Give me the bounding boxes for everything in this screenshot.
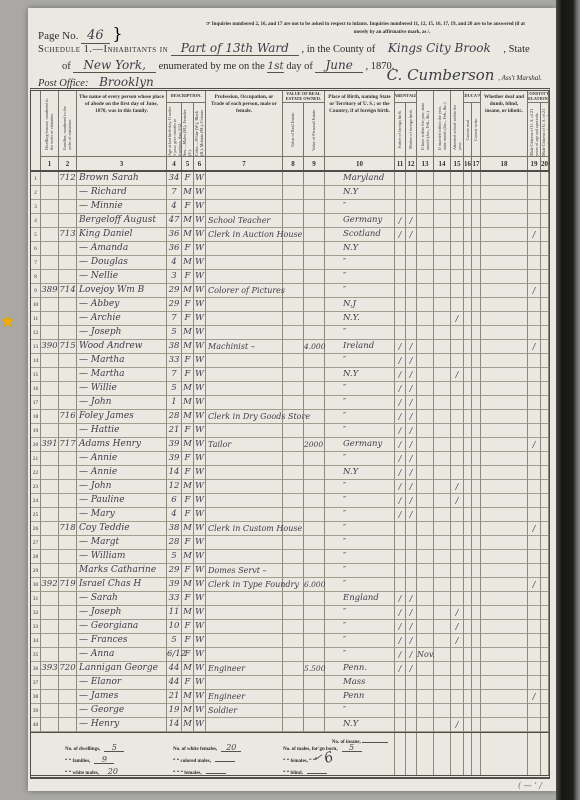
cell-month-married	[434, 340, 451, 354]
cell-real-estate	[283, 522, 304, 536]
cell-dwelling-number: 392	[41, 578, 59, 592]
cell-month-married	[434, 284, 451, 298]
cell-occupation: Engineer	[206, 662, 283, 676]
cell-vote-denied	[541, 396, 549, 410]
cell-name: — Minnie	[77, 200, 167, 214]
cell-vote-denied	[541, 536, 549, 550]
cell-name: Bergeloff August	[77, 214, 167, 228]
cell-disability	[481, 410, 528, 424]
cell-sex: M	[182, 718, 194, 732]
cell-dwelling-number	[41, 676, 59, 690]
table-row: 15 — Martha 7 F W N.Y / / /	[31, 368, 549, 382]
note-line-1: Inquiries numbered 2, 16, and 17 are not…	[212, 22, 525, 27]
cell-month-married	[434, 438, 451, 452]
column-header-12: Mother of foreign birth.	[406, 103, 417, 157]
cell-disability	[481, 606, 528, 620]
cell-cannot-read	[464, 410, 472, 424]
cell-personal-estate	[304, 382, 325, 396]
cell-age: 21	[167, 424, 182, 438]
cell-month-married	[434, 466, 451, 480]
cell-cannot-read	[464, 270, 472, 284]
cell-family-number: 713	[59, 228, 77, 242]
cell-attended-school	[451, 564, 464, 578]
cell-male-citizen	[528, 200, 541, 214]
cell-family-number	[59, 466, 77, 480]
cell-dwelling-number: 390	[41, 340, 59, 354]
table-row: 20 391 717 Adams Henry 39 M W Tailor 200…	[31, 438, 549, 452]
cell-cannot-write	[472, 312, 481, 326]
cell-family-number	[59, 200, 77, 214]
cell-male-citizen	[528, 536, 541, 550]
cell-disability	[481, 312, 528, 326]
cell-month-born	[417, 494, 434, 508]
cell-vote-denied	[541, 368, 549, 382]
cell-age: 44	[167, 676, 182, 690]
marshal-signature: C. Cumberson , Ass't Marshal.	[387, 66, 542, 85]
column-group: Parentage.	[395, 91, 417, 103]
cell-real-estate	[283, 228, 304, 242]
state-label: , State	[503, 44, 529, 55]
cell-color: W	[194, 536, 206, 550]
table-row: 33 — Georgiana 10 F W ″ / / /	[31, 620, 549, 634]
cell-name: — Elanor	[77, 676, 167, 690]
row-number: 8	[31, 270, 41, 284]
cell-name: King Daniel	[77, 228, 167, 242]
cell-age: 7	[167, 186, 182, 200]
cell-personal-estate	[304, 564, 325, 578]
cell-attended-school	[451, 256, 464, 270]
cell-male-citizen: /	[528, 284, 541, 298]
cell-male-citizen	[528, 480, 541, 494]
cell-month-married	[434, 396, 451, 410]
cell-vote-denied	[541, 494, 549, 508]
cell-mother-foreign: /	[406, 340, 417, 354]
table-row: 7 — Douglas 4 M W ″	[31, 256, 549, 270]
cell-cannot-read	[464, 592, 472, 606]
cell-name: — Annie	[77, 452, 167, 466]
cell-male-citizen	[528, 704, 541, 718]
cell-disability	[481, 550, 528, 564]
cell-age: 4	[167, 256, 182, 270]
cell-cannot-write	[472, 340, 481, 354]
cell-father-foreign: /	[395, 382, 406, 396]
cell-dwelling-number: 391	[41, 438, 59, 452]
cell-vote-denied	[541, 186, 549, 200]
cell-occupation	[206, 494, 283, 508]
cell-birthplace: ″	[325, 382, 395, 396]
cell-personal-estate	[304, 270, 325, 284]
cell-family-number	[59, 676, 77, 690]
table-row: 23 — John 12 M W ″ / / /	[31, 480, 549, 494]
month-value: June	[315, 58, 362, 73]
cell-father-foreign	[395, 242, 406, 256]
cell-real-estate	[283, 200, 304, 214]
column-number-16: 16	[464, 157, 472, 170]
cell-name: — Hattie	[77, 424, 167, 438]
table-row: 19 — Hattie 21 F W ″ / /	[31, 424, 549, 438]
cell-occupation	[206, 270, 283, 284]
cell-mother-foreign	[406, 690, 417, 704]
cell-dwelling-number	[41, 508, 59, 522]
cell-month-born	[417, 340, 434, 354]
cell-cannot-read	[464, 480, 472, 494]
column-header-8: Value of Real Estate.	[283, 103, 304, 157]
column-header-6: Color.—White (W.), Black (B.), Mulatto (…	[194, 103, 206, 157]
cell-color: W	[194, 578, 206, 592]
cell-occupation: Machinist –	[206, 340, 283, 354]
cell-color: W	[194, 312, 206, 326]
cell-father-foreign	[395, 256, 406, 270]
cell-vote-denied	[541, 382, 549, 396]
cell-birthplace: ″	[325, 634, 395, 648]
row-number: 36	[31, 662, 41, 676]
cell-dwelling-number	[41, 648, 59, 662]
cell-real-estate	[283, 354, 304, 368]
footer-empty-cell	[434, 733, 451, 775]
cell-birthplace: ″	[325, 578, 395, 592]
table-footer: No. of dwellings, 5 No. of white females…	[31, 732, 549, 778]
cell-father-foreign	[395, 312, 406, 326]
row-number: 1	[31, 172, 41, 186]
cell-birthplace: ″	[325, 620, 395, 634]
cell-sex: M	[182, 578, 194, 592]
cell-family-number	[59, 480, 77, 494]
column-header-2: Families, numbered in the order of visit…	[59, 91, 77, 157]
table-head: Description.Value of Real Estate owned.P…	[31, 91, 549, 172]
cell-mother-foreign	[406, 242, 417, 256]
cell-month-born: Nov.	[417, 648, 434, 662]
cell-real-estate	[283, 172, 304, 186]
cell-cannot-read	[464, 326, 472, 340]
cell-month-married	[434, 368, 451, 382]
schedule-label: Schedule 1.—Inhabitants in	[38, 44, 168, 55]
cell-sex: F	[182, 452, 194, 466]
cell-age: 10	[167, 620, 182, 634]
column-group: Constit'l Relations.	[528, 91, 549, 103]
cell-occupation	[206, 550, 283, 564]
table-row: 5 713 King Daniel 36 M W Clerk in Auctio…	[31, 228, 549, 242]
table-row: 36 393 720 Lannigan George 44 M W Engine…	[31, 662, 549, 676]
cell-color: W	[194, 242, 206, 256]
cell-cannot-read	[464, 354, 472, 368]
cell-month-born	[417, 172, 434, 186]
cell-month-born	[417, 592, 434, 606]
cell-age: 6/12	[167, 648, 182, 662]
cell-occupation	[206, 382, 283, 396]
cell-real-estate	[283, 186, 304, 200]
cell-color: W	[194, 676, 206, 690]
row-number: 11	[31, 312, 41, 326]
cell-name: — George	[77, 704, 167, 718]
cell-sex: F	[182, 494, 194, 508]
cell-sex: M	[182, 284, 194, 298]
cell-disability	[481, 242, 528, 256]
column-header-18: Whether deaf and dumb, blind, insane, or…	[481, 91, 528, 157]
cell-disability	[481, 690, 528, 704]
cell-sex: M	[182, 606, 194, 620]
cell-occupation: School Teacher	[206, 214, 283, 228]
cell-father-foreign	[395, 564, 406, 578]
cell-month-born	[417, 564, 434, 578]
cell-mother-foreign	[406, 200, 417, 214]
row-number: 29	[31, 564, 41, 578]
cell-sex: F	[182, 368, 194, 382]
cell-name: — Frances	[77, 634, 167, 648]
table-row: 16 — Willie 5 M W ″ / /	[31, 382, 549, 396]
cell-disability	[481, 172, 528, 186]
cell-father-foreign: /	[395, 494, 406, 508]
table-row: 25 — Mary 4 F W ″ / /	[31, 508, 549, 522]
cell-personal-estate	[304, 480, 325, 494]
cell-occupation: Clerk in Custom House	[206, 522, 283, 536]
cell-attended-school	[451, 410, 464, 424]
column-header-17: Cannot write.	[472, 103, 481, 157]
cell-birthplace: Ireland	[325, 340, 395, 354]
table-row: 37 — Elanor 44 F W Mass	[31, 676, 549, 690]
cell-personal-estate: 2000	[304, 438, 325, 452]
cell-cannot-write	[472, 228, 481, 242]
cell-male-citizen	[528, 172, 541, 186]
total-value	[206, 773, 226, 774]
cell-name: — Joseph	[77, 326, 167, 340]
cell-male-citizen	[528, 648, 541, 662]
cell-cannot-read	[464, 690, 472, 704]
column-number-15: 15	[451, 157, 464, 170]
cell-age: 14	[167, 718, 182, 732]
cell-vote-denied	[541, 592, 549, 606]
cell-month-married	[434, 480, 451, 494]
cell-father-foreign: /	[395, 592, 406, 606]
cell-real-estate	[283, 438, 304, 452]
cell-father-foreign: /	[395, 452, 406, 466]
cell-month-born	[417, 480, 434, 494]
cell-real-estate	[283, 396, 304, 410]
column-header-13: If born within the year, state month (Ja…	[417, 91, 434, 157]
cell-father-foreign	[395, 326, 406, 340]
cell-real-estate	[283, 662, 304, 676]
cell-real-estate	[283, 382, 304, 396]
cell-month-married	[434, 648, 451, 662]
row-number: 21	[31, 452, 41, 466]
cell-color: W	[194, 186, 206, 200]
margin-scribble: ( — ’ /	[518, 781, 542, 790]
cell-vote-denied	[541, 634, 549, 648]
cell-name: — Martha	[77, 368, 167, 382]
cell-cannot-write	[472, 284, 481, 298]
cell-birthplace: ″	[325, 396, 395, 410]
cell-disability	[481, 200, 528, 214]
cell-sex: F	[182, 648, 194, 662]
table-row: 11 — Archie 7 F W N.Y. /	[31, 312, 549, 326]
cell-mother-foreign: /	[406, 410, 417, 424]
cell-color: W	[194, 368, 206, 382]
cell-cannot-write	[472, 326, 481, 340]
cell-male-citizen: /	[528, 578, 541, 592]
cell-color: W	[194, 466, 206, 480]
cell-personal-estate	[304, 690, 325, 704]
cell-sex: M	[182, 550, 194, 564]
cell-real-estate	[283, 578, 304, 592]
column-group: Educa'n.	[464, 91, 481, 103]
cell-occupation: Clerk in Type Foundry	[206, 578, 283, 592]
cell-mother-foreign: /	[406, 228, 417, 242]
total-label: “ “ white males,	[65, 771, 99, 776]
cell-occupation	[206, 396, 283, 410]
cell-dwelling-number	[41, 186, 59, 200]
cell-month-born	[417, 690, 434, 704]
cell-father-foreign: /	[395, 606, 406, 620]
table-row: 14 — Martha 33 F W ″ / /	[31, 354, 549, 368]
cell-month-married	[434, 270, 451, 284]
cell-cannot-write	[472, 564, 481, 578]
cell-vote-denied	[541, 354, 549, 368]
cell-cannot-write	[472, 536, 481, 550]
cell-real-estate	[283, 718, 304, 732]
cell-vote-denied	[541, 690, 549, 704]
cell-cannot-write	[472, 186, 481, 200]
cell-personal-estate	[304, 648, 325, 662]
cell-month-born	[417, 326, 434, 340]
cell-personal-estate	[304, 228, 325, 242]
cell-month-married	[434, 298, 451, 312]
cell-month-born	[417, 606, 434, 620]
cell-disability	[481, 704, 528, 718]
cell-cannot-write	[472, 270, 481, 284]
cell-name: — Georgiana	[77, 620, 167, 634]
cell-color: W	[194, 172, 206, 186]
cell-occupation	[206, 592, 283, 606]
cell-sex: F	[182, 354, 194, 368]
note-line-2: merely by an affirmative mark, as /.	[206, 29, 578, 37]
cell-occupation	[206, 648, 283, 662]
cell-personal-estate	[304, 396, 325, 410]
cell-vote-denied	[541, 564, 549, 578]
cell-name: Lovejoy Wm B	[77, 284, 167, 298]
cell-real-estate	[283, 340, 304, 354]
cell-attended-school: /	[451, 494, 464, 508]
signature-name: C. Cumberson	[387, 66, 495, 84]
cell-attended-school	[451, 298, 464, 312]
cell-cannot-read	[464, 564, 472, 578]
cell-occupation: Engineer	[206, 690, 283, 704]
cell-month-born	[417, 186, 434, 200]
cell-month-born	[417, 214, 434, 228]
cell-family-number	[59, 270, 77, 284]
column-header-19: Male Citizens of U. S. of 21 years of ag…	[528, 103, 541, 157]
cell-attended-school: /	[451, 368, 464, 382]
cell-color: W	[194, 326, 206, 340]
cell-personal-estate	[304, 172, 325, 186]
cell-male-citizen	[528, 410, 541, 424]
cell-month-born	[417, 536, 434, 550]
column-group: Description.	[167, 91, 206, 103]
cell-family-number: 720	[59, 662, 77, 676]
cell-disability	[481, 634, 528, 648]
cell-real-estate	[283, 494, 304, 508]
cell-personal-estate	[304, 354, 325, 368]
cell-month-married	[434, 228, 451, 242]
cell-disability	[481, 578, 528, 592]
cell-occupation	[206, 480, 283, 494]
column-number-12: 12	[406, 157, 417, 170]
cell-cannot-read	[464, 634, 472, 648]
cell-name: — Annie	[77, 466, 167, 480]
cell-real-estate	[283, 676, 304, 690]
cell-birthplace: Germany	[325, 214, 395, 228]
cell-birthplace: Penn	[325, 690, 395, 704]
cell-father-foreign: /	[395, 396, 406, 410]
cell-dwelling-number	[41, 494, 59, 508]
cell-attended-school	[451, 536, 464, 550]
cell-name: Adams Henry	[77, 438, 167, 452]
cell-cannot-read	[464, 662, 472, 676]
cell-attended-school: /	[451, 480, 464, 494]
column-number-7: 7	[206, 157, 283, 170]
cell-cannot-write	[472, 634, 481, 648]
cell-family-number: 718	[59, 522, 77, 536]
column-number-11: 11	[395, 157, 406, 170]
cell-sex: F	[182, 508, 194, 522]
cell-cannot-write	[472, 354, 481, 368]
cell-personal-estate	[304, 410, 325, 424]
cell-cannot-write	[472, 396, 481, 410]
cell-occupation: Tailor	[206, 438, 283, 452]
cell-personal-estate	[304, 606, 325, 620]
cell-vote-denied	[541, 550, 549, 564]
day-of-label: day of	[286, 61, 313, 72]
cell-mother-foreign: /	[406, 634, 417, 648]
row-number: 7	[31, 256, 41, 270]
cell-cannot-write	[472, 368, 481, 382]
cell-month-married	[434, 662, 451, 676]
cell-dwelling-number	[41, 354, 59, 368]
column-header-9: Value of Personal Estate.	[304, 103, 325, 157]
cell-cannot-write	[472, 214, 481, 228]
cell-dwelling-number	[41, 606, 59, 620]
cell-name: Marks Catharine	[77, 564, 167, 578]
cell-attended-school	[451, 242, 464, 256]
cell-real-estate	[283, 368, 304, 382]
cell-color: W	[194, 340, 206, 354]
cell-month-born	[417, 620, 434, 634]
cell-disability	[481, 508, 528, 522]
table-row: 27 — Margt 28 F W ″	[31, 536, 549, 550]
cell-color: W	[194, 606, 206, 620]
cell-real-estate	[283, 550, 304, 564]
cell-cannot-read	[464, 718, 472, 732]
cell-vote-denied	[541, 340, 549, 354]
column-number-5: 5	[182, 157, 194, 170]
cell-vote-denied	[541, 522, 549, 536]
cell-cannot-write	[472, 494, 481, 508]
cell-cannot-read	[464, 424, 472, 438]
footer-empty-cell	[472, 733, 481, 775]
cell-father-foreign: /	[395, 508, 406, 522]
cell-real-estate	[283, 466, 304, 480]
cell-occupation: Clerk in Dry Goods Store	[206, 410, 283, 424]
county-label: , in the County of	[301, 44, 375, 55]
cell-real-estate	[283, 242, 304, 256]
cell-color: W	[194, 200, 206, 214]
cell-attended-school	[451, 270, 464, 284]
cell-occupation	[206, 172, 283, 186]
cell-mother-foreign: /	[406, 214, 417, 228]
bookmark-star-icon[interactable]: ★	[0, 312, 15, 332]
cell-vote-denied	[541, 452, 549, 466]
cell-father-foreign: /	[395, 368, 406, 382]
row-number: 18	[31, 410, 41, 424]
cell-dwelling-number	[41, 592, 59, 606]
